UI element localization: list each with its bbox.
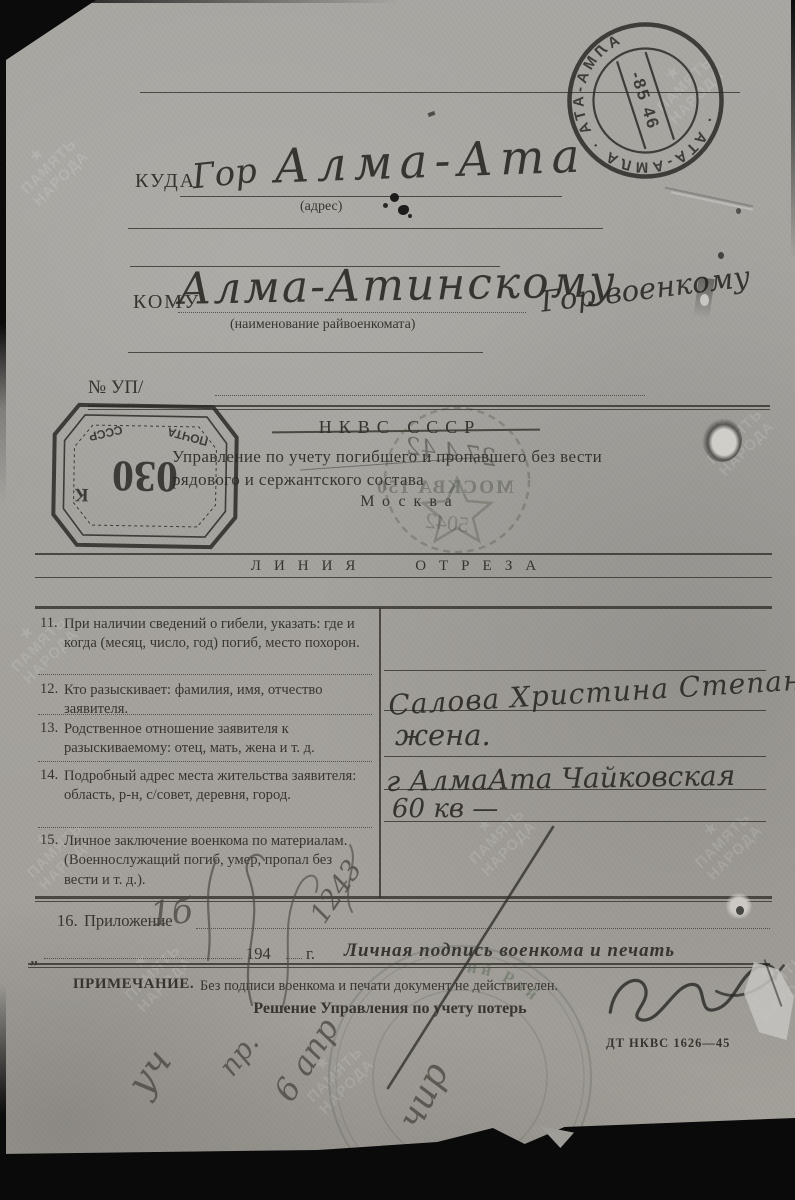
ink-blot xyxy=(383,203,388,208)
paper-tear-highlight xyxy=(700,294,709,306)
frank-post-label: ПОЧТА xyxy=(165,424,209,448)
frank-kopeck: К xyxy=(74,484,88,505)
row-11-number: 11. xyxy=(40,615,58,632)
kuda-label: КУДА xyxy=(135,170,196,193)
postage-frank-stamp: 030 К ПОЧТА СССР xyxy=(49,400,242,551)
ink-blot xyxy=(390,193,399,202)
row-separator xyxy=(38,761,372,762)
frank-value: 030 xyxy=(112,451,179,501)
postmark-date: -85 46 xyxy=(627,69,664,132)
ghost-star-stamp xyxy=(372,402,542,562)
rule-line xyxy=(35,553,772,555)
rule-line xyxy=(35,577,772,578)
row-13-answer-handwriting: жена. xyxy=(395,718,491,752)
scan-edge-top xyxy=(0,0,400,3)
scan-edge-left xyxy=(0,0,6,1200)
table-top-border xyxy=(35,606,772,609)
row-13-number: 13. xyxy=(40,720,58,737)
scanned-document: ★ ПАМЯТЬ НАРОДА ★ ПАМЯТЬ НАРОДА ★ ПАМЯТЬ… xyxy=(0,0,795,1200)
paper-speck xyxy=(736,208,741,214)
number-label: № УП/ xyxy=(88,377,143,399)
kuda-handwriting-city: Алма-Ата xyxy=(273,129,587,195)
paper-speck xyxy=(736,906,744,915)
paper-speck xyxy=(718,252,724,259)
rule-line xyxy=(128,352,483,353)
dotted-line xyxy=(178,312,526,313)
row-11-label: При наличии сведений о гибели, указать: … xyxy=(64,615,364,654)
scan-edge-right xyxy=(791,0,795,260)
komu-hint: (наименование райвоенкомата) xyxy=(230,317,415,333)
row-14-answer-handwriting: г АлмаАта Чайковская xyxy=(386,759,736,798)
row-12-number: 12. xyxy=(40,681,58,698)
frank-ussr-label: СССР xyxy=(88,423,124,444)
kuda-handwriting-city-prefix: Гор xyxy=(190,151,259,198)
rule-line xyxy=(180,196,562,197)
paper-hole xyxy=(702,418,742,462)
dotted-line xyxy=(215,395,645,396)
kuda-hint: (адрес) xyxy=(300,199,342,215)
star-icon xyxy=(423,478,491,541)
rule-line xyxy=(128,228,603,229)
cut-line-label: ЛИНИЯ ОТРЕЗА xyxy=(40,558,760,575)
ink-blot xyxy=(408,214,412,218)
row-separator xyxy=(38,674,372,675)
row-14-number: 14. xyxy=(40,767,58,784)
row-13-label: Родственное отношение заявителя к разыск… xyxy=(64,720,364,759)
answer-line xyxy=(384,756,766,757)
row-separator xyxy=(38,714,372,715)
